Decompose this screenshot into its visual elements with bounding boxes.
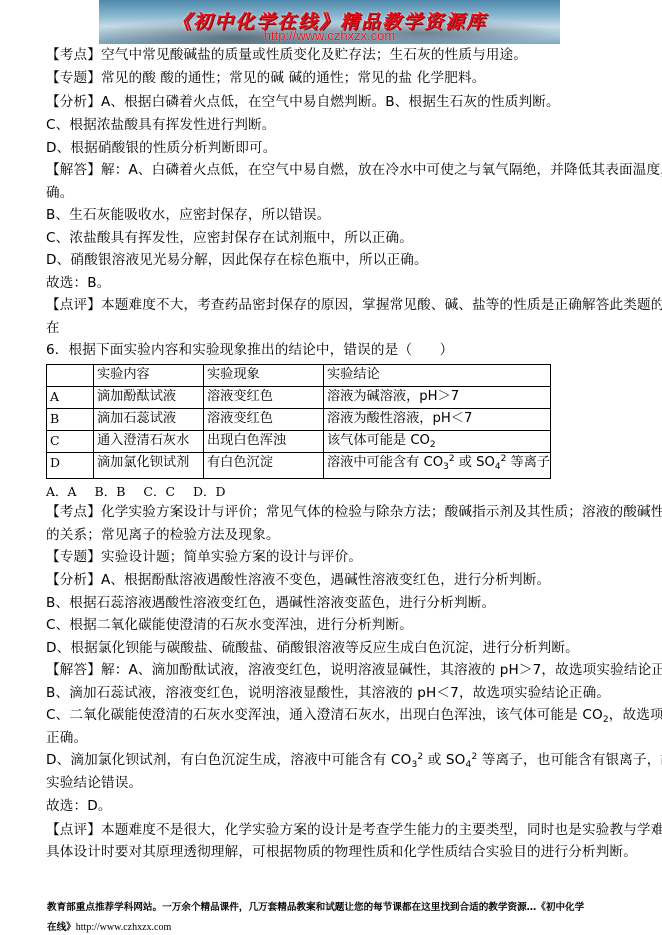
q5-jieda-b: B、生石灰能吸收水，应密封保存，所以错误。 xyxy=(46,206,618,224)
q6-jieda-d-cont: 实验结论错误。 xyxy=(46,774,618,792)
row-label: D xyxy=(47,453,94,479)
q5-kaodian: 【考点】空气中常见酸碱盐的质量或性质变化及贮存法；生石灰的性质与用途。 xyxy=(46,46,618,64)
q5-jieda-d: D、硝酸银溶液见光易分解，因此保存在棕色瓶中，所以正确。 xyxy=(46,251,618,269)
q6-jieda: 【解答】解：A、滴加酚酞试液，溶液变红色，说明溶液显碱性，其溶液的 pH＞7，故… xyxy=(46,661,618,679)
q5-jieda-c: C、浓盐酸具有挥发性，应密封保存在试剂瓶中，所以正确。 xyxy=(46,229,618,247)
cell-phenomenon: 溶液变红色 xyxy=(204,387,324,409)
q6-dianping: 【点评】本题难度不是很大，化学实验方案的设计是考查学生能力的主要类型，同时也是实… xyxy=(46,821,618,839)
experiment-table: 实验内容 实验现象 实验结论 A 滴加酚酞试液 溶液变红色 溶液为碱溶液，pH＞… xyxy=(46,364,551,479)
section-tag: 【专题】 xyxy=(46,549,101,565)
q6-jieda-c: C、二氧化碳能使澄清的石灰水变浑浊，通入澄清石灰水，出现白色浑浊，该气体可能是 … xyxy=(46,706,618,724)
section-tag: 【解答】 xyxy=(46,662,101,678)
q5-jieda-cont: 确。 xyxy=(46,184,618,202)
q5-dianping: 【点评】本题难度不大，考查药品密封保存的原因，掌握常见酸、碱、盐等的性质是正确解… xyxy=(46,296,618,314)
q6-fenxi-d: D、根据氯化钡能与碳酸盐、硫酸盐、硝酸银溶液等反应生成白色沉淀，进行分析判断。 xyxy=(46,639,618,657)
table-header-row: 实验内容 实验现象 实验结论 xyxy=(47,365,551,387)
section-tag: 【分析】 xyxy=(46,94,101,110)
cell-conclusion: 该气体可能是 CO2 xyxy=(324,431,551,453)
option-a: A．A xyxy=(46,484,77,499)
table-row: C 通入澄清石灰水 出现白色浑浊 该气体可能是 CO2 xyxy=(47,431,551,453)
footer-url-link[interactable]: http://www.czhxzx.com xyxy=(76,922,171,933)
section-tag: 【点评】 xyxy=(46,297,101,313)
q6-jieda-b: B、滴加石蕊试液，溶液变红色，说明溶液显酸性，其溶液的 pH＜7，故选项实验结论… xyxy=(46,684,618,702)
q5-zhuanti: 【专题】常见的酸 酸的通性；常见的碱 碱的通性；常见的盐 化学肥料。 xyxy=(46,69,618,87)
q5-jieda: 【解答】解：A、白磷着火点低，在空气中易自燃，放在冷水中可使之与氧气隔绝，并降低… xyxy=(46,161,618,179)
table-row: A 滴加酚酞试液 溶液变红色 溶液为碱溶液，pH＞7 xyxy=(47,387,551,409)
q5-fenxi-c: C、根据浓盐酸具有挥发性进行判断。 xyxy=(46,116,618,134)
section-tag: 【解答】 xyxy=(46,162,101,178)
section-tag: 【考点】 xyxy=(46,504,101,520)
q6-answer: 故选：D。 xyxy=(46,797,618,815)
q6-zhuanti: 【专题】实验设计题；简单实验方案的设计与评价。 xyxy=(46,548,618,566)
q5-fenxi-d: D、根据硝酸银的性质分析判断即可。 xyxy=(46,139,618,157)
option-c: C．C xyxy=(143,484,175,499)
banner-url: http://www.czhxzx.com xyxy=(99,28,560,43)
row-label: B xyxy=(47,409,94,431)
section-tag: 【点评】 xyxy=(46,822,101,838)
q6-jieda-d: D、滴加氯化钡试剂，有白色沉淀生成，溶液中可能含有 CO32 或 SO42 等离… xyxy=(46,751,618,769)
q5-dianping-cont: 在 xyxy=(46,319,618,337)
q6-kaodian: 【考点】化学实验方案设计与评价；常见气体的检验与除杂方法；酸碱指示剂及其性质；溶… xyxy=(46,503,618,521)
table-row: D 滴加氯化钡试剂 有白色沉淀 溶液中可能含有 CO32 或 SO42 等离子 xyxy=(47,453,551,479)
table-header-cell: 实验内容 xyxy=(94,365,204,387)
cell-conclusion: 溶液为酸性溶液，pH＜7 xyxy=(324,409,551,431)
section-tag: 【分析】 xyxy=(46,572,101,588)
cell-phenomenon: 出现白色浑浊 xyxy=(204,431,324,453)
row-label: C xyxy=(47,431,94,453)
q6-fenxi-b: B、根据石蕊溶液遇酸性溶液变红色，遇碱性溶液变蓝色，进行分析判断。 xyxy=(46,594,618,612)
cell-phenomenon: 溶液变红色 xyxy=(204,409,324,431)
table-row: B 滴加石蕊试液 溶液变红色 溶液为酸性溶液，pH＜7 xyxy=(47,409,551,431)
q6-dianping-cont: 具体设计时要对其原理透彻理解，可根据物质的物理性质和化学性质结合实验目的进行分析… xyxy=(46,843,618,861)
q5-fenxi: 【分析】A、根据白磷着火点低，在空气中易自燃判断。B、根据生石灰的性质判断。 xyxy=(46,93,618,111)
cell-conclusion: 溶液为碱溶液，pH＞7 xyxy=(324,387,551,409)
table-header-cell: 实验现象 xyxy=(204,365,324,387)
cell-phenomenon: 有白色沉淀 xyxy=(204,453,324,479)
cell-content: 滴加氯化钡试剂 xyxy=(94,453,204,479)
q6-jieda-c-cont: 正确。 xyxy=(46,729,618,747)
answer-options: A．A B．B C．C D．D xyxy=(46,482,240,500)
q6-fenxi: 【分析】A、根据酚酞溶液遇酸性溶液不变色，遇碱性溶液变红色，进行分析判断。 xyxy=(46,571,618,589)
q6-question: 6．根据下面实验内容和实验现象推出的结论中，错误的是（ ） xyxy=(46,341,618,359)
q6-fenxi-c: C、根据二氧化碳能使澄清的石灰水变浑浊，进行分析判断。 xyxy=(46,616,618,634)
table-header-cell xyxy=(47,365,94,387)
site-banner: 《初中化学在线》精品教学资源库 http://www.czhxzx.com xyxy=(99,0,560,44)
footer-line-2: 在线》http://www.czhxzx.com xyxy=(47,921,637,935)
option-b: B．B xyxy=(95,484,126,499)
cell-content: 滴加石蕊试液 xyxy=(94,409,204,431)
q6-kaodian-cont: 的关系；常见离子的检验方法及现象。 xyxy=(46,526,618,544)
row-label: A xyxy=(47,387,94,409)
cell-content: 滴加酚酞试液 xyxy=(94,387,204,409)
footer-line-1: 教育部重点推荐学科网站。一万余个精品课件，几万套精品教案和试题让您的每节课都在这… xyxy=(47,901,637,915)
option-d: D．D xyxy=(193,484,226,499)
section-tag: 【专题】 xyxy=(46,70,101,86)
table-header-cell: 实验结论 xyxy=(324,365,551,387)
section-tag: 【考点】 xyxy=(46,47,101,63)
cell-content: 通入澄清石灰水 xyxy=(94,431,204,453)
q5-answer: 故选：B。 xyxy=(46,274,618,292)
cell-conclusion: 溶液中可能含有 CO32 或 SO42 等离子 xyxy=(324,453,551,479)
